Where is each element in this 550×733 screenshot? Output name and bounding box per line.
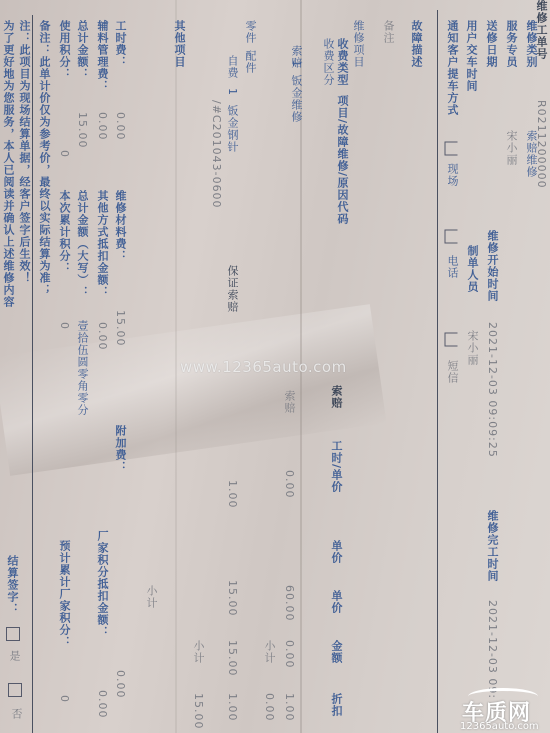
labor-col-unit: 单价 <box>330 540 342 564</box>
total-amount-label: 总计金额： <box>76 20 88 80</box>
material-fee-value: 15.00 <box>114 310 126 347</box>
col-charge-category: 收费区分 <box>322 38 334 86</box>
col-charge-type: 收费类型 <box>336 38 348 86</box>
parts-row-name: 钣金钢针 <box>226 105 238 153</box>
header-divider-line <box>437 10 438 733</box>
labor-fee-value: 0.00 <box>114 112 126 141</box>
settlement-signature-label: 结算签字： <box>6 555 18 615</box>
option-onsite-label: 现场 <box>446 163 458 187</box>
parts-row-unit: 15.00 <box>226 580 238 617</box>
points-used-label: 使用积分： <box>58 20 70 80</box>
col-item-code: 项目/故障维修/原因代码 <box>336 95 348 225</box>
checkbox-yes-label: 是 <box>8 650 20 662</box>
row-1-item: 钣金维修 <box>290 75 302 123</box>
other-items-label: 其他项目 <box>173 20 185 68</box>
parts-subtotal-label: 小计 <box>192 640 204 664</box>
other-deduction-label: 其他方式抵扣金额： <box>96 190 108 298</box>
labor-subtotal-value: 0.00 <box>263 693 275 722</box>
labor-col-amount: 金额 <box>330 640 342 664</box>
note-line-1: 备注：此单计价仅为参考价，最终以实际结算为准； <box>38 20 50 296</box>
created-by-label: 制单人员 <box>466 245 478 293</box>
labor-row-hours: 0.00 <box>283 470 295 499</box>
labor-row-amount: 0.00 <box>283 640 295 669</box>
checkbox-phone[interactable] <box>445 230 458 244</box>
option-sms-label: 短信 <box>446 360 458 384</box>
total-amount-words-label: 总计金额（大写）： <box>76 190 88 298</box>
repair-start-label: 维修开始时间 <box>486 230 498 302</box>
repair-finish-value: 2021-12-03 09: <box>486 600 498 699</box>
total-amount-words-value: 壹拾伍圆零角零分 <box>76 320 88 416</box>
paper-crease <box>175 0 177 733</box>
labor-row-discount: 1.00 <box>283 693 295 722</box>
footer-divider-line <box>32 15 33 733</box>
drop-off-date-label: 送修日期 <box>485 20 497 68</box>
material-mgmt-fee-label: 辅料管理费： <box>96 20 108 92</box>
note-line-3: 为了更好地为您服务，本人已阅读并确认上述维修内容 <box>2 20 14 308</box>
total-amount-value: 15.00 <box>76 112 88 149</box>
labor-row-unit: 60.00 <box>283 585 295 622</box>
notify-method-label: 通知客户提车方式 <box>446 20 458 116</box>
expected-factory-points-label: 预计累计厂家积分： <box>58 540 70 648</box>
row-1-charge: 索赔 <box>290 45 302 69</box>
accumulated-points-label: 本次累计积分： <box>58 190 70 274</box>
repair-type-value: 索赔维修 <box>525 130 537 178</box>
factory-points-deduction-label: 厂家积分抵扣金额： <box>96 530 108 638</box>
note-line-2: 注：此项目为现场结算单据，经客户签字后生效！ <box>18 20 30 284</box>
labor-subtotal-label: 小计 <box>263 640 275 664</box>
parts-row-charge: 自费 <box>226 55 238 79</box>
labor-col-hours: 工时/单价 <box>330 440 342 493</box>
other-deduction-value: 0.00 <box>96 322 108 351</box>
repair-finish-label: 维修完工时间 <box>486 510 498 582</box>
handover-time-label: 用户交车时间 <box>465 20 477 92</box>
service-advisor-value: 宋小丽 <box>505 130 517 166</box>
repair-type-label: 维修类别 <box>525 20 537 68</box>
labor-col-unit-2: 单价 <box>330 590 342 614</box>
factory-points-deduction-value: 0.00 <box>96 690 108 719</box>
material-fee-label: 维修材料费： <box>114 190 126 262</box>
labor-fee-label: 工时费： <box>114 20 126 68</box>
parts-header-fitting: 配件 <box>244 50 256 74</box>
logo-url-text: 12365auto.com <box>460 721 539 732</box>
parts-row-discount: 1.00 <box>226 693 238 722</box>
parts-header-part: 零件 <box>244 20 256 44</box>
points-used-value: 0 <box>58 150 70 158</box>
expected-factory-points-value: 0 <box>58 695 70 703</box>
checkbox-no[interactable] <box>8 683 22 697</box>
created-by-value: 宋小丽 <box>466 330 478 366</box>
checkbox-onsite[interactable] <box>445 142 458 156</box>
service-items-header: 维修项目 <box>352 20 364 68</box>
remark-label: 备注 <box>382 20 394 44</box>
parts-row-partno: /#C201043-0600 <box>210 100 222 209</box>
accumulated-points-value: 0 <box>58 322 70 330</box>
parts-subtotal-value: 15.00 <box>192 693 204 730</box>
parts-row-amount: 15.00 <box>226 640 238 677</box>
site-watermark: www.12365auto.com <box>180 358 347 376</box>
labor-row-code: 索赔 <box>283 390 295 414</box>
labor-col-code: 索赔 <box>330 385 342 409</box>
parts-row-type: 保证索赔 <box>226 265 238 313</box>
surcharge-value: 0.00 <box>114 670 126 699</box>
checkbox-yes[interactable] <box>6 627 20 641</box>
other-subtotal-label: 小计 <box>145 585 157 609</box>
labor-col-discount: 折扣 <box>330 693 342 717</box>
fault-description-title: 故障描述 <box>410 20 422 68</box>
checkbox-sms[interactable] <box>445 333 458 347</box>
parts-row-qty: 1.00 <box>226 480 238 509</box>
site-logo: 车质网 12365auto.com <box>458 688 550 733</box>
parts-row-number: 1 <box>226 88 238 96</box>
checkbox-no-label: 否 <box>10 708 22 720</box>
service-advisor-label: 服务专员 <box>505 20 517 68</box>
option-phone-label: 电话 <box>446 255 458 279</box>
material-mgmt-fee-value: 0.00 <box>96 112 108 141</box>
repair-start-value: 2021-12-03 09:09:25 <box>486 322 498 458</box>
surcharge-label: 附加费： <box>114 425 126 473</box>
